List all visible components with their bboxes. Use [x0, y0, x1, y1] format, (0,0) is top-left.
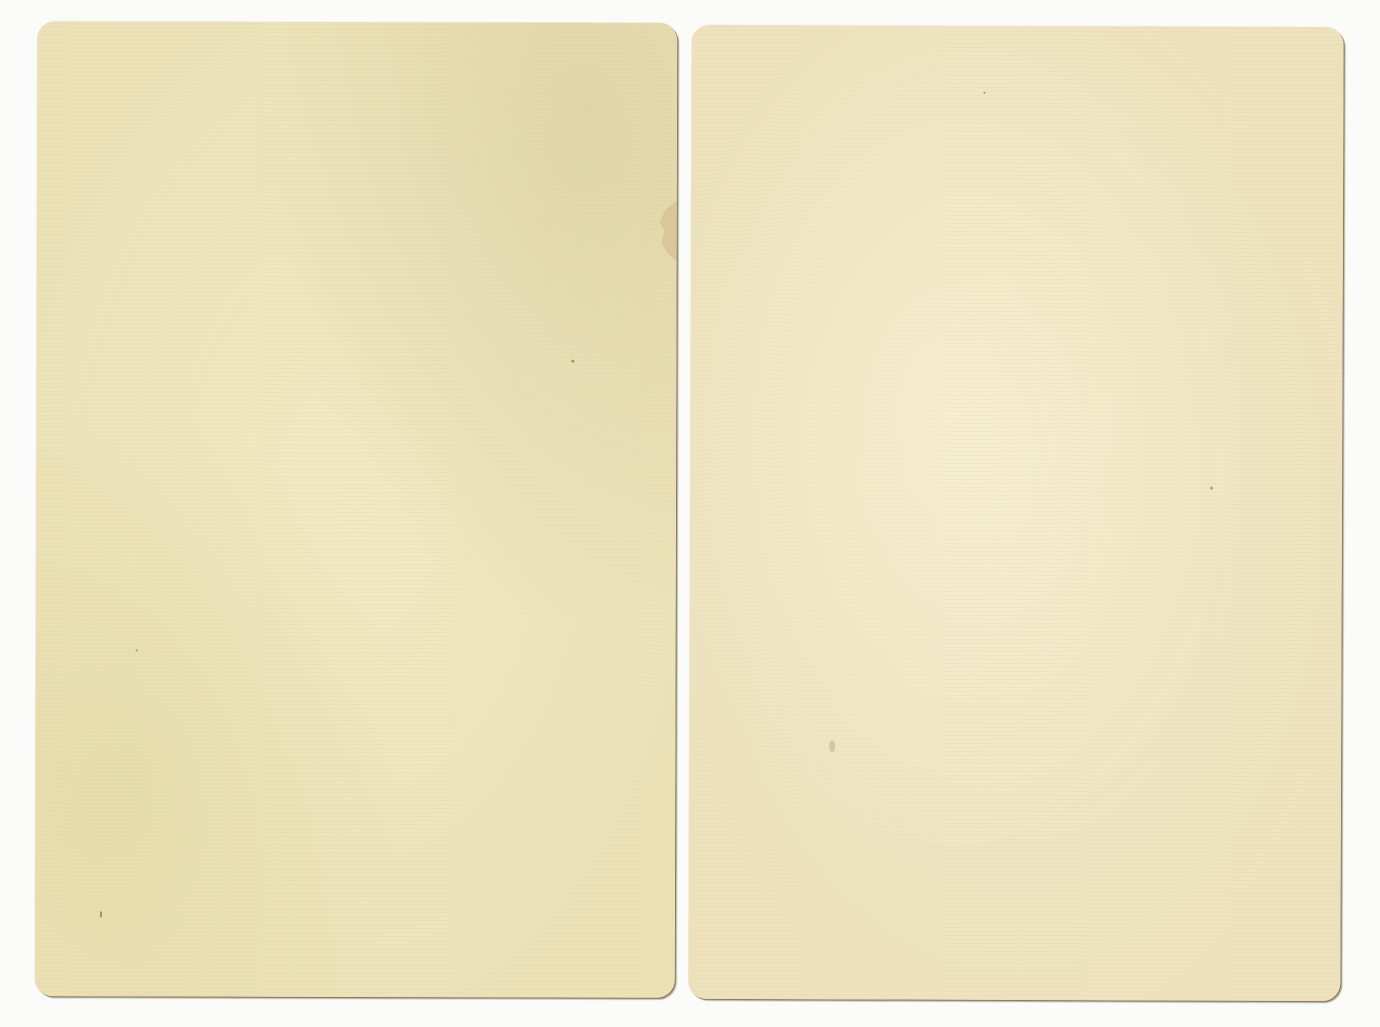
- speck: [100, 911, 102, 917]
- speck: [571, 360, 574, 363]
- speck: [1210, 487, 1213, 490]
- edge-stain: [658, 201, 677, 261]
- speck: [136, 649, 138, 651]
- speck: [983, 92, 985, 94]
- speck: [829, 740, 835, 752]
- card-back-left: [35, 21, 678, 998]
- card-back-right: [688, 25, 1343, 1001]
